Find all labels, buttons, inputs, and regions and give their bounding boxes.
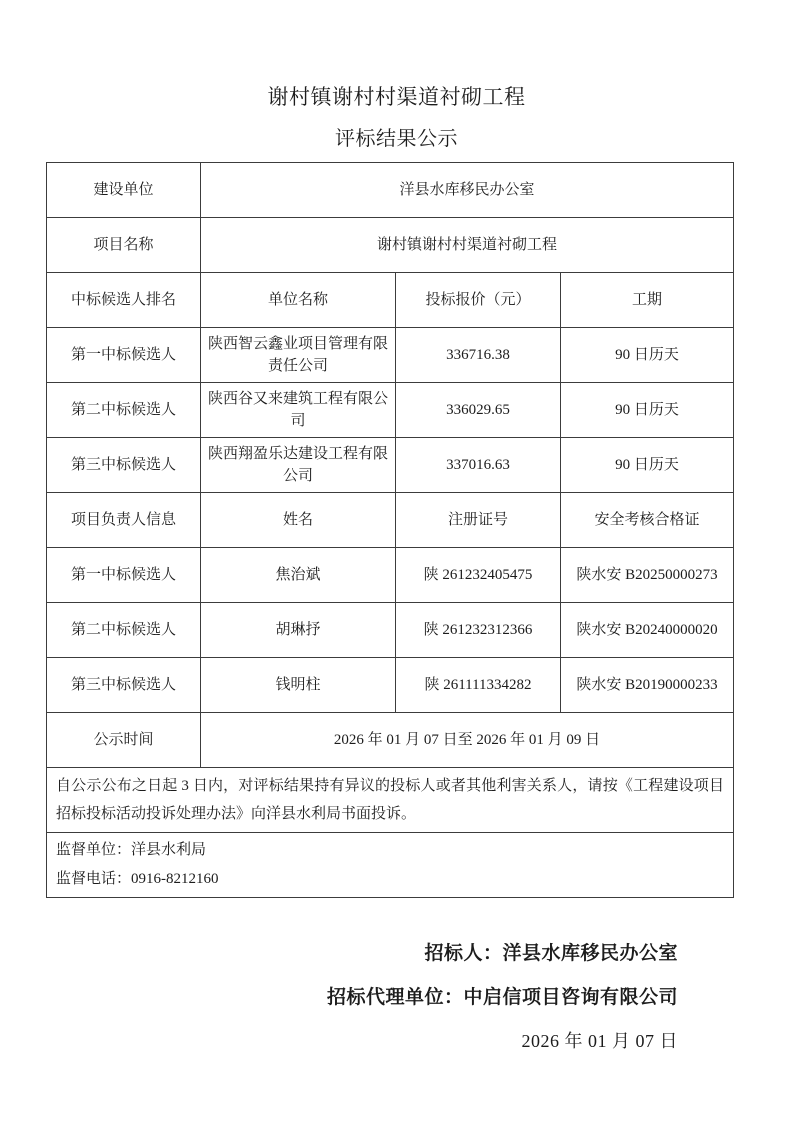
cell-rank: 第一中标候选人: [47, 328, 201, 383]
signature-block: 招标人：洋县水库移民办公室 招标代理单位：中启信项目咨询有限公司 2026 年 …: [46, 944, 733, 1051]
header-duration: 工期: [561, 273, 734, 328]
header-manager-info: 项目负责人信息: [47, 493, 201, 548]
agency-line: 招标代理单位：中启信项目咨询有限公司: [46, 988, 678, 1008]
table-row-project-name: 项目名称 谢村镇谢村村渠道衬砌工程: [47, 218, 734, 273]
document-title: 谢村镇谢村村渠道衬砌工程: [0, 86, 793, 108]
table-row-manager-2: 第二中标候选人 胡琳抒 陕 261232312366 陕水安 B20240000…: [47, 603, 734, 658]
notice-text: 自公示公布之日起 3 日内，对评标结果持有异议的投标人或者其他利害关系人，请按《…: [47, 768, 734, 833]
cell-safety-cert: 陕水安 B20250000273: [561, 548, 734, 603]
label-project-name: 项目名称: [47, 218, 201, 273]
cell-registration-no: 陕 261232312366: [396, 603, 561, 658]
label-publicity-period: 公示时间: [47, 713, 201, 768]
cell-manager-name: 钱明柱: [201, 658, 396, 713]
bid-result-table: 建设单位 洋县水库移民办公室 项目名称 谢村镇谢村村渠道衬砌工程 中标候选人排名…: [46, 162, 734, 898]
table-row-candidate-3: 第三中标候选人 陕西翔盈乐达建设工程有限公司 337016.63 90 日历天: [47, 438, 734, 493]
value-project-name: 谢村镇谢村村渠道衬砌工程: [201, 218, 734, 273]
date-line: 2026 年 01 月 07 日: [46, 1032, 678, 1051]
header-manager-name: 姓名: [201, 493, 396, 548]
supervision-unit: 监督单位：洋县水利局: [56, 836, 724, 865]
supervision-phone: 监督电话：0916-8212160: [56, 865, 724, 894]
cell-company: 陕西谷又来建筑工程有限公司: [201, 383, 396, 438]
header-safety-cert: 安全考核合格证: [561, 493, 734, 548]
cell-safety-cert: 陕水安 B20190000233: [561, 658, 734, 713]
cell-rank: 第二中标候选人: [47, 383, 201, 438]
cell-price: 337016.63: [396, 438, 561, 493]
cell-registration-no: 陕 261111334282: [396, 658, 561, 713]
table-row-manager-3: 第三中标候选人 钱明柱 陕 261111334282 陕水安 B20190000…: [47, 658, 734, 713]
cell-company: 陕西翔盈乐达建设工程有限公司: [201, 438, 396, 493]
table-row-notice: 自公示公布之日起 3 日内，对评标结果持有异议的投标人或者其他利害关系人，请按《…: [47, 768, 734, 833]
tenderer-line: 招标人：洋县水库移民办公室: [46, 944, 678, 964]
cell-company: 陕西智云鑫业项目管理有限责任公司: [201, 328, 396, 383]
table-row-manager-1: 第一中标候选人 焦治斌 陕 261232405475 陕水安 B20250000…: [47, 548, 734, 603]
cell-registration-no: 陕 261232405475: [396, 548, 561, 603]
cell-duration: 90 日历天: [561, 383, 734, 438]
label-construction-unit: 建设单位: [47, 163, 201, 218]
header-registration-no: 注册证号: [396, 493, 561, 548]
cell-rank: 第三中标候选人: [47, 658, 201, 713]
table-row-candidate-2: 第二中标候选人 陕西谷又来建筑工程有限公司 336029.65 90 日历天: [47, 383, 734, 438]
document-page: 谢村镇谢村村渠道衬砌工程 评标结果公示 建设单位 洋县水库移民办公室 项目名称 …: [0, 0, 793, 1122]
value-construction-unit: 洋县水库移民办公室: [201, 163, 734, 218]
header-candidate-rank: 中标候选人排名: [47, 273, 201, 328]
value-publicity-period: 2026 年 01 月 07 日至 2026 年 01 月 09 日: [201, 713, 734, 768]
cell-manager-name: 胡琳抒: [201, 603, 396, 658]
table-row-bid-header: 中标候选人排名 单位名称 投标报价（元） 工期: [47, 273, 734, 328]
table-row-construction-unit: 建设单位 洋县水库移民办公室: [47, 163, 734, 218]
cell-price: 336716.38: [396, 328, 561, 383]
document-subtitle: 评标结果公示: [0, 129, 793, 149]
supervision-cell: 监督单位：洋县水利局 监督电话：0916-8212160: [47, 833, 734, 898]
cell-duration: 90 日历天: [561, 438, 734, 493]
table-row-candidate-1: 第一中标候选人 陕西智云鑫业项目管理有限责任公司 336716.38 90 日历…: [47, 328, 734, 383]
header-company-name: 单位名称: [201, 273, 396, 328]
cell-manager-name: 焦治斌: [201, 548, 396, 603]
cell-safety-cert: 陕水安 B20240000020: [561, 603, 734, 658]
header-bid-price: 投标报价（元）: [396, 273, 561, 328]
table-row-publicity-period: 公示时间 2026 年 01 月 07 日至 2026 年 01 月 09 日: [47, 713, 734, 768]
cell-rank: 第一中标候选人: [47, 548, 201, 603]
cell-rank: 第二中标候选人: [47, 603, 201, 658]
table-row-supervision: 监督单位：洋县水利局 监督电话：0916-8212160: [47, 833, 734, 898]
cell-duration: 90 日历天: [561, 328, 734, 383]
cell-rank: 第三中标候选人: [47, 438, 201, 493]
table-row-manager-header: 项目负责人信息 姓名 注册证号 安全考核合格证: [47, 493, 734, 548]
cell-price: 336029.65: [396, 383, 561, 438]
